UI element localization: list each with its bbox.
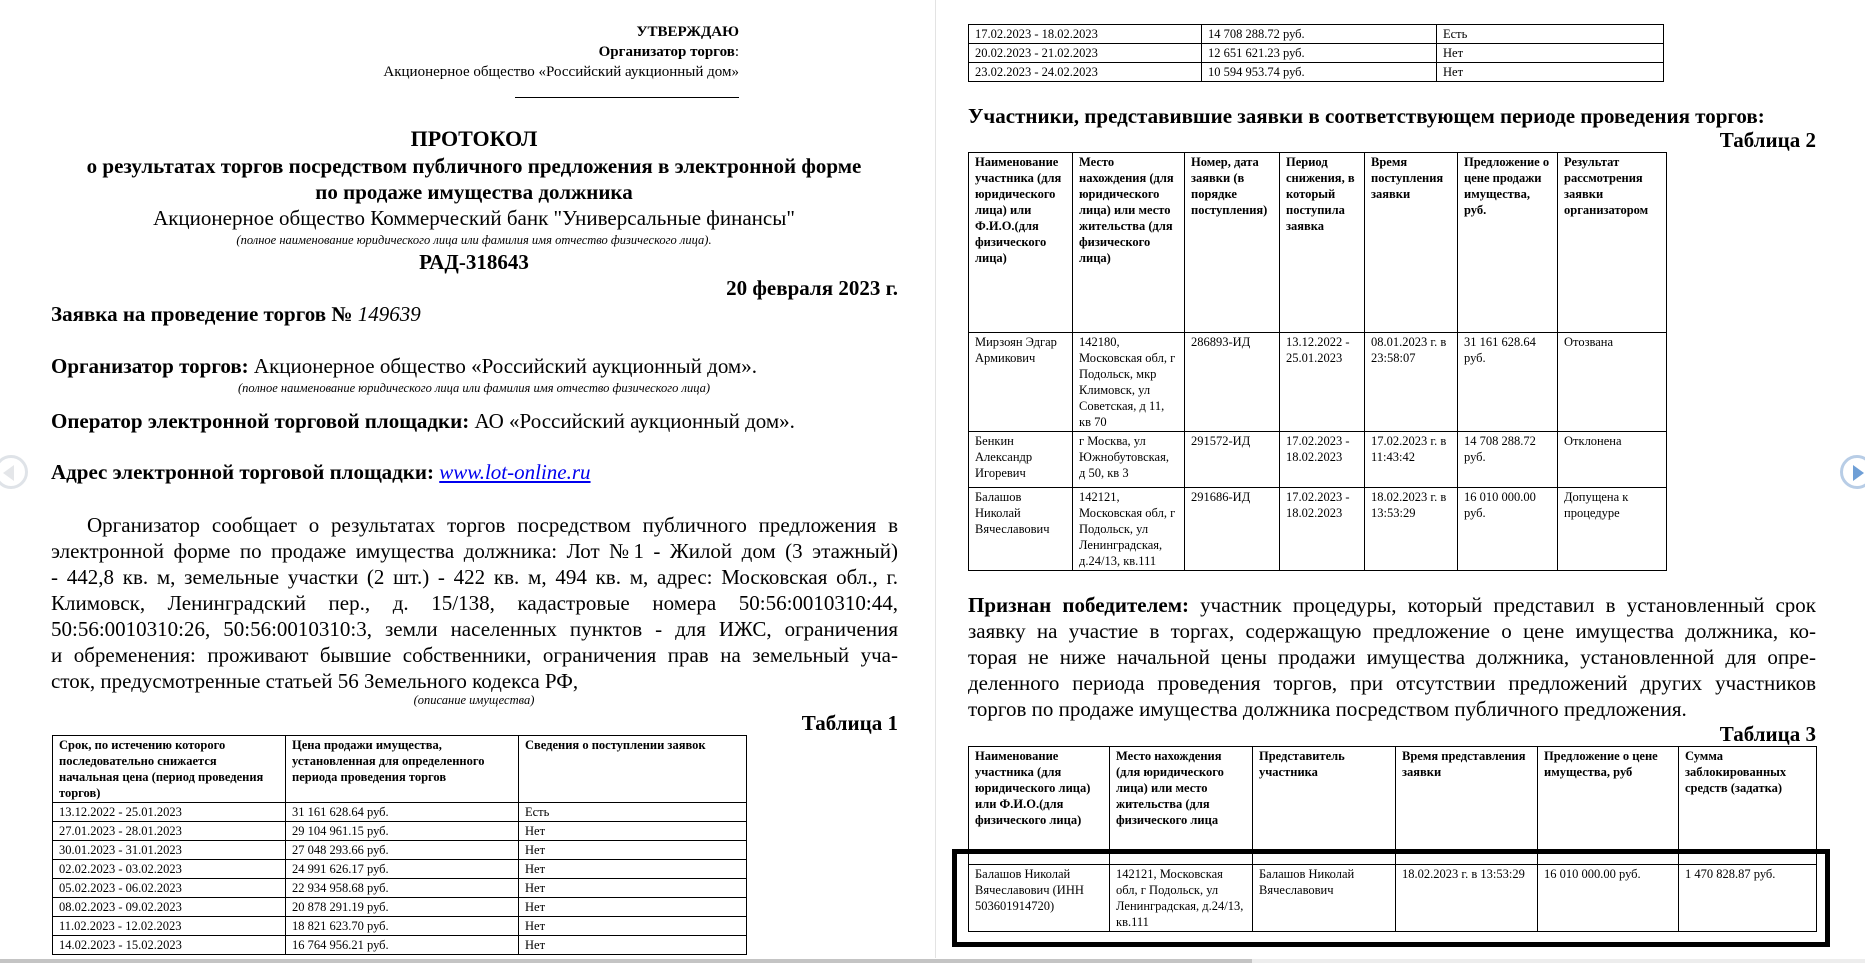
table-cell: 142121, Московская обл, г Подольск, ул Л… [1073,488,1185,571]
table-row: Бенкин Александр Игоревичг Москва, ул Юж… [969,432,1667,488]
organizer-hint: (полное наименование юридического лица и… [50,381,898,396]
table-row: 23.02.2023 - 24.02.202310 594 953.74 руб… [969,63,1664,82]
table-cell: 291686-ИД [1185,488,1280,571]
table-cell: 291572-ИД [1185,432,1280,488]
table-cell: 31 161 628.64 руб. [1458,333,1558,432]
column-header: Время поступления заявки [1365,153,1458,333]
participants-heading: Участники, представившие заявки в соотве… [968,104,1816,129]
protocol-number: РАД-318643 [50,250,898,275]
column-header: Время представления заявки [1396,747,1538,865]
description-line: Климовск, Ленинградский пер., д. 15/138,… [51,590,898,616]
table-cell: 11.02.2023 - 12.02.2023 [53,917,286,936]
table-cell: Нет [1437,44,1664,63]
column-header: Результат рассмотрения заявки организато… [1558,153,1667,333]
price-schedule-table-continued: 17.02.2023 - 18.02.202314 708 288.72 руб… [968,24,1664,82]
approve-title: УТВЕРЖДАЮ [300,24,739,41]
table-cell: 14 708 288.72 руб. [1458,432,1558,488]
table-row: 17.02.2023 - 18.02.202314 708 288.72 руб… [969,25,1664,44]
table-cell: 27.01.2023 - 28.01.2023 [53,822,286,841]
table-row: 30.01.2023 - 31.01.202327 048 293.66 руб… [53,841,747,860]
description-line: электронной форме по продаже имущества д… [51,538,898,564]
debtor-name: Акционерное общество Коммерческий банк "… [50,206,898,231]
table-cell: 02.02.2023 - 03.02.2023 [53,860,286,879]
address-label: Адрес электронной торговой площадки: [51,460,434,484]
table-cell: 23.02.2023 - 24.02.2023 [969,63,1202,82]
winner-paragraph: Признан победителем: участник процедуры,… [968,592,1816,722]
description-hint: (описание имущества) [50,693,898,708]
table3-caption: Таблица 3 [1500,722,1816,747]
column-header: Номер, дата заявки (в порядке поступлени… [1185,153,1280,333]
table-row: Мирзоян Эдгар Армикович142180, Московска… [969,333,1667,432]
table-cell: 24 991 626.17 руб. [286,860,519,879]
left-page: УТВЕРЖДАЮ Организатор торгов: Акционерно… [0,0,935,963]
column-header: Сведения о поступлении заявок [519,736,747,803]
property-description: Организатор сообщает о результатах торго… [51,512,898,694]
debtor-hint: (полное наименование юридического лица и… [50,233,898,248]
winner-row-highlight [952,849,1830,947]
approve-organizer-label: Организатор торгов [599,44,735,60]
table-cell: Нет [519,917,747,936]
organizer-label: Организатор торгов: [51,354,249,378]
table-cell: Отклонена [1558,432,1667,488]
table-cell: 17.02.2023 - 18.02.2023 [1280,432,1365,488]
table-row: 08.02.2023 - 09.02.202320 878 291.19 руб… [53,898,747,917]
table-cell: 08.02.2023 - 09.02.2023 [53,898,286,917]
table-cell: Нет [519,841,747,860]
description-line: 50:56:0010310:26, 50:56:0010310:3, земли… [51,616,898,642]
table-cell: 20 878 291.19 руб. [286,898,519,917]
winner-text: участник процедуры, который представил в… [1189,593,1816,617]
protocol-date: 20 февраля 2023 г. [500,276,898,301]
table-cell: Нет [519,898,747,917]
column-header: Цена продажи имущества, установленная дл… [286,736,519,803]
table-cell: 18 821 623.70 руб. [286,917,519,936]
table-cell: Отозвана [1558,333,1667,432]
description-line: и обременения: проживают бывшие собствен… [51,642,898,668]
horizontal-scrollbar-track[interactable] [1252,959,1865,963]
table-cell: 142180, Московская обл, г Подольск, мкр … [1073,333,1185,432]
description-line: Организатор сообщает о результатах торго… [51,512,898,538]
table2-caption: Таблица 2 [1500,128,1816,153]
table-cell: 05.02.2023 - 06.02.2023 [53,879,286,898]
table-cell: Бенкин Александр Игоревич [969,432,1073,488]
operator-line: Оператор электронной торговой площадки: … [51,409,911,434]
protocol-subtitle-2: по продаже имущества должника [50,180,898,205]
organizer-line: Организатор торгов: Акционерное общество… [51,354,911,379]
table-cell: 29 104 961.15 руб. [286,822,519,841]
table-cell: 10 594 953.74 руб. [1202,63,1437,82]
table-cell: 16 010 000.00 руб. [1458,488,1558,571]
table-cell: 17.02.2023 г. в 11:43:42 [1365,432,1458,488]
table-row: 05.02.2023 - 06.02.202322 934 958.68 руб… [53,879,747,898]
table-cell: Нет [519,936,747,955]
chevron-right-icon [1853,465,1864,481]
table-cell: 31 161 628.64 руб. [286,803,519,822]
table-cell: 286893-ИД [1185,333,1280,432]
winner-line: деленного периода проведения торгов, при… [968,670,1816,696]
participants-table: Наименование участника (для юридического… [968,152,1667,571]
column-header: Срок, по истечению которого последовател… [53,736,286,803]
winner-line: торгов по продаже имущества должника пос… [968,696,1816,722]
table-row: 02.02.2023 - 03.02.202324 991 626.17 руб… [53,860,747,879]
table-cell: Нет [519,860,747,879]
table-cell: 08.01.2023 г. в 23:58:07 [1365,333,1458,432]
table-row: 14.02.2023 - 15.02.202316 764 956.21 руб… [53,936,747,955]
table-cell: Нет [519,822,747,841]
column-header: Период снижения, в который поступила зая… [1280,153,1365,333]
column-header: Наименование участника (для юридического… [969,153,1073,333]
address-line: Адрес электронной торговой площадки: www… [51,460,911,485]
approve-organizer: Организатор торгов: [300,44,739,61]
protocol-title: ПРОТОКОЛ [50,126,898,152]
column-header: Место нахождения (для юридического лица)… [1073,153,1185,333]
operator-value: АО «Российский аукционный дом». [475,409,795,433]
table-cell: 17.02.2023 - 18.02.2023 [969,25,1202,44]
winner-line: Признан победителем: участник процедуры,… [968,592,1816,618]
column-header: Предложение о цене имущества, руб [1538,747,1679,865]
table-cell: Нет [1437,63,1664,82]
table-row: 27.01.2023 - 28.01.202329 104 961.15 руб… [53,822,747,841]
description-line: сток, предусмотренные статьей 56 Земельн… [51,668,898,694]
signature-line [515,97,739,98]
winner-label: Признан победителем: [968,593,1189,617]
price-schedule-table: Срок, по истечению которого последовател… [52,735,747,955]
platform-link[interactable]: www.lot-online.ru [439,460,590,484]
table1-caption: Таблица 1 [600,711,898,736]
winner-line: заявку на участие в торгах, содержащую п… [968,618,1816,644]
column-header: Наименование участника (для юридического… [969,747,1110,865]
organizer-value: Акционерное общество «Российский аукцион… [254,354,757,378]
column-header: Представитель участника [1253,747,1396,865]
table-cell: Балашов Николай Вячеславович [969,488,1073,571]
table-cell: 27 048 293.66 руб. [286,841,519,860]
table-cell: 13.12.2022 - 25.01.2023 [53,803,286,822]
table-cell: г Москва, ул Южнобутовская, д 50, кв 3 [1073,432,1185,488]
winner-line: торая не ниже начальной цены продажи иму… [968,644,1816,670]
table-cell: 12 651 621.23 руб. [1202,44,1437,63]
column-header: Предложение о цене продажи имущества, ру… [1458,153,1558,333]
description-line: - 442,8 кв. м, земельные участки (2 шт.)… [51,564,898,590]
table-cell: 17.02.2023 - 18.02.2023 [1280,488,1365,571]
approve-organizer-colon: : [735,44,739,60]
table-cell: Нет [519,879,747,898]
application-line: Заявка на проведение торгов № 149639 [51,302,899,327]
column-header: Сумма заблокированных средств (задатка) [1679,747,1817,865]
table-cell: 18.02.2023 г. в 13:53:29 [1365,488,1458,571]
column-header: Место нахождения (для юридического лица)… [1110,747,1253,865]
table-cell: Есть [519,803,747,822]
approve-organizer-name: Акционерное общество «Российский аукцион… [300,64,739,81]
operator-label: Оператор электронной торговой площадки: [51,409,469,433]
table-row: 13.12.2022 - 25.01.202331 161 628.64 руб… [53,803,747,822]
table-cell: Допущена к процедуре [1558,488,1667,571]
horizontal-scrollbar-thumb[interactable] [0,959,1252,963]
table-cell: Мирзоян Эдгар Армикович [969,333,1073,432]
table-row: 11.02.2023 - 12.02.202318 821 623.70 руб… [53,917,747,936]
table-row: Балашов Николай Вячеславович142121, Моск… [969,488,1667,571]
chevron-left-icon [3,465,14,481]
table-cell: 16 764 956.21 руб. [286,936,519,955]
table-cell: 22 934 958.68 руб. [286,879,519,898]
table-cell: 13.12.2022 - 25.01.2023 [1280,333,1365,432]
table-cell: Есть [1437,25,1664,44]
table-cell: 14.02.2023 - 15.02.2023 [53,936,286,955]
protocol-subtitle-1: о результатах торгов посредством публичн… [40,154,908,179]
application-number: 149639 [358,302,421,326]
table-cell: 14 708 288.72 руб. [1202,25,1437,44]
table-row: 20.02.2023 - 21.02.202312 651 621.23 руб… [969,44,1664,63]
table-cell: 30.01.2023 - 31.01.2023 [53,841,286,860]
table-cell: 20.02.2023 - 21.02.2023 [969,44,1202,63]
application-label: Заявка на проведение торгов № [51,302,352,326]
